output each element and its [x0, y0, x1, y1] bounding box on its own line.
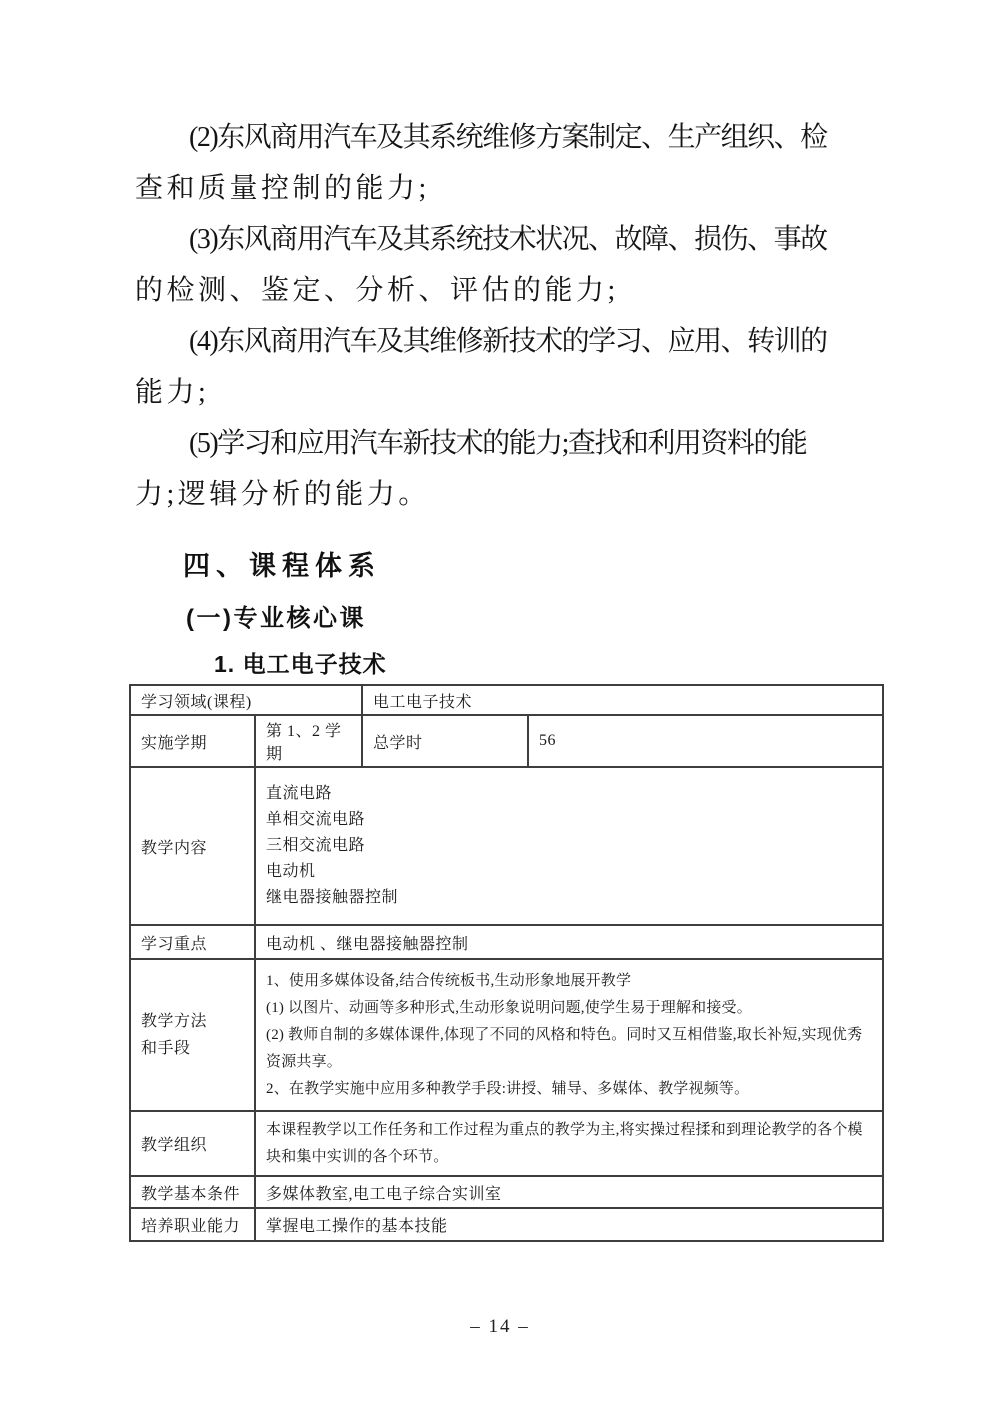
table-row-focus: 学习重点 电动机 、继电器接触器控制 — [130, 925, 883, 959]
methods-label: 教学方法 和手段 — [130, 959, 255, 1111]
methods-value: 1、使用多媒体设备,结合传统板书,生动形象地展开教学 (1) 以图片、动画等多种… — [255, 959, 883, 1111]
methods-line: 2、在教学实施中应用多种教学手段:讲授、辅导、多媒体、教学视频等。 — [266, 1076, 874, 1103]
subsection-heading: (一)专业核心课 — [186, 598, 366, 633]
paragraph-line: (3)东风商用汽车及其系统技术状况、故障、损伤、事故 — [135, 214, 879, 265]
table-row-methods: 教学方法 和手段 1、使用多媒体设备,结合传统板书,生动形象地展开教学 (1) … — [130, 959, 883, 1111]
paragraph-line: (5)学习和应用汽车新技术的能力;查找和利用资料的能 — [135, 418, 879, 469]
methods-line: (1) 以图片、动画等多种形式,生动形象说明问题,使学生易于理解和接受。 — [266, 995, 874, 1022]
hours-label: 总学时 — [362, 715, 528, 767]
organization-label: 教学组织 — [130, 1111, 255, 1176]
paragraph-line: (4)东风商用汽车及其维修新技术的学习、应用、转训的 — [135, 316, 879, 367]
methods-label-line: 教学方法 — [141, 1008, 246, 1035]
content-line: 直流电路 — [266, 781, 874, 807]
focus-label: 学习重点 — [130, 925, 255, 959]
semester-label: 实施学期 — [130, 715, 255, 767]
paragraph-line: 的检测、鉴定、分析、评估的能力; — [135, 265, 879, 316]
table-row-learning-area: 学习领域(课程) 电工电子技术 — [130, 685, 883, 715]
paragraph-line: 力;逻辑分析的能力。 — [135, 469, 879, 520]
course-heading: 1. 电工电子技术 — [214, 646, 387, 679]
organization-text: 本课程教学以工作任务和工作过程为重点的教学为主,将实操过程揉和到理论教学的各个模… — [266, 1117, 874, 1171]
focus-value: 电动机 、继电器接触器控制 — [255, 925, 883, 959]
organization-value: 本课程教学以工作任务和工作过程为重点的教学为主,将实操过程揉和到理论教学的各个模… — [255, 1111, 883, 1176]
content-value: 直流电路 单相交流电路 三相交流电路 电动机 继电器接触器控制 — [255, 767, 883, 925]
table-row-semester-hours: 实施学期 第 1、2 学期 总学时 56 — [130, 715, 883, 767]
learning-area-value: 电工电子技术 — [362, 685, 883, 715]
methods-label-line: 和手段 — [141, 1035, 246, 1062]
learning-area-label: 学习领域(课程) — [130, 685, 362, 715]
ability-label: 培养职业能力 — [130, 1208, 255, 1241]
conditions-value: 多媒体教室,电工电子综合实训室 — [255, 1176, 883, 1208]
methods-line: 1、使用多媒体设备,结合传统板书,生动形象地展开教学 — [266, 968, 874, 995]
content-line: 三相交流电路 — [266, 833, 874, 859]
table-row-organization: 教学组织 本课程教学以工作任务和工作过程为重点的教学为主,将实操过程揉和到理论教… — [130, 1111, 883, 1176]
content-line: 电动机 — [266, 859, 874, 885]
paragraph-line: 能力; — [135, 367, 879, 418]
page-number: – 14 – — [0, 1316, 1000, 1338]
ability-value: 掌握电工操作的基本技能 — [255, 1208, 883, 1241]
table-row-content: 教学内容 直流电路 单相交流电路 三相交流电路 电动机 继电器接触器控制 — [130, 767, 883, 925]
table-row-ability: 培养职业能力 掌握电工操作的基本技能 — [130, 1208, 883, 1241]
hours-value: 56 — [528, 715, 883, 767]
paragraph-line: (2)东风商用汽车及其系统维修方案制定、生产组织、检 — [135, 112, 879, 163]
content-line: 继电器接触器控制 — [266, 885, 874, 911]
document-page: (2)东风商用汽车及其系统维修方案制定、生产组织、检 查和质量控制的能力; (3… — [0, 0, 1000, 1414]
content-label: 教学内容 — [130, 767, 255, 925]
paragraph-line: 查和质量控制的能力; — [135, 163, 879, 214]
content-line: 单相交流电路 — [266, 807, 874, 833]
section-heading: 四、课程体系 — [183, 544, 381, 583]
body-text: (2)东风商用汽车及其系统维修方案制定、生产组织、检 查和质量控制的能力; (3… — [135, 112, 879, 520]
semester-value: 第 1、2 学期 — [255, 715, 362, 767]
table-row-conditions: 教学基本条件 多媒体教室,电工电子综合实训室 — [130, 1176, 883, 1208]
conditions-label: 教学基本条件 — [130, 1176, 255, 1208]
methods-line: (2) 教师自制的多媒体课件,体现了不同的风格和特色。同时又互相借鉴,取长补短,… — [266, 1022, 874, 1076]
course-table: 学习领域(课程) 电工电子技术 实施学期 第 1、2 学期 总学时 56 教学内… — [129, 684, 884, 1242]
